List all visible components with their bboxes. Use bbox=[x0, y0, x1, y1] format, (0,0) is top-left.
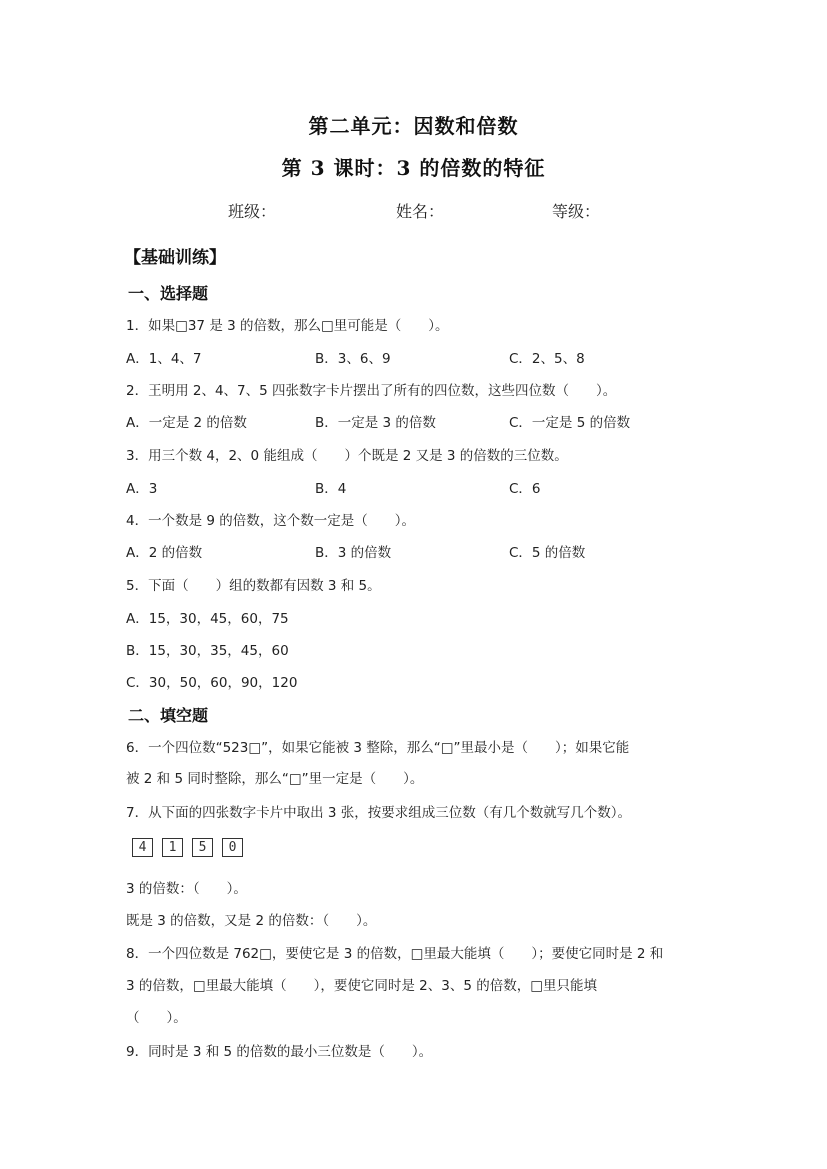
question-8-line-1: 8．一个四位数是 762□，要使它是 3 的倍数，□里最大能填（ ）；要使它同时… bbox=[126, 942, 663, 962]
question-6-line-1: 6．一个四位数“523□”，如果它能被 3 整除，那么“□”里最小是（ ）；如果… bbox=[126, 736, 629, 756]
lesson-title: 第 3 课时：3 的倍数的特征 bbox=[0, 152, 827, 181]
question-5: 5．下面（ ）组的数都有因数 3 和 5。 bbox=[126, 574, 381, 594]
q2-option-b: B．一定是 3 的倍数 bbox=[315, 411, 436, 431]
digit-card-0: 0 bbox=[222, 838, 243, 857]
class-label: 班级： bbox=[228, 199, 276, 222]
digit-card-1: 1 bbox=[162, 838, 183, 857]
question-7-sub-1: 3 的倍数：（ ）。 bbox=[126, 877, 247, 897]
question-8-line-2: 3 的倍数，□里最大能填（ ），要使它同时是 2、3、5 的倍数，□里只能填 bbox=[126, 974, 597, 994]
section-basic-training: 【基础训练】 bbox=[124, 243, 226, 268]
question-1: 1．如果□37 是 3 的倍数，那么□里可能是（ ）。 bbox=[126, 314, 449, 334]
q4-option-b: B．3 的倍数 bbox=[315, 541, 391, 561]
part2-heading: 二、填空题 bbox=[128, 703, 208, 726]
q1-option-b: B．3、6、9 bbox=[315, 347, 391, 367]
q3-option-a: A．3 bbox=[126, 477, 157, 497]
q4-option-c: C．5 的倍数 bbox=[509, 541, 585, 561]
q3-option-b: B．4 bbox=[315, 477, 346, 497]
q5-option-b: B．15，30，35，45，60 bbox=[126, 639, 289, 659]
digit-cards: 4 1 5 0 bbox=[132, 838, 243, 857]
question-6-line-2: 被 2 和 5 同时整除，那么“□”里一定是（ ）。 bbox=[126, 767, 423, 787]
q2-option-c: C．一定是 5 的倍数 bbox=[509, 411, 630, 431]
question-4: 4．一个数是 9 的倍数，这个数一定是（ ）。 bbox=[126, 509, 415, 529]
digit-card-5: 5 bbox=[192, 838, 213, 857]
unit-title: 第二单元：因数和倍数 bbox=[0, 110, 827, 139]
q4-option-a: A．2 的倍数 bbox=[126, 541, 202, 561]
worksheet-page: 第二单元：因数和倍数 第 3 课时：3 的倍数的特征 班级： 姓名： 等级： 【… bbox=[0, 0, 827, 1169]
q3-option-c: C．6 bbox=[509, 477, 541, 497]
q1-option-a: A．1、4、7 bbox=[126, 347, 202, 367]
question-2: 2．王明用 2、4、7、5 四张数字卡片摆出了所有的四位数，这些四位数（ ）。 bbox=[126, 379, 616, 399]
question-9: 9．同时是 3 和 5 的倍数的最小三位数是（ ）。 bbox=[126, 1040, 432, 1060]
digit-card-4: 4 bbox=[132, 838, 153, 857]
q2-option-a: A．一定是 2 的倍数 bbox=[126, 411, 247, 431]
q5-option-c: C．30，50，60，90，120 bbox=[126, 671, 297, 691]
question-3: 3．用三个数 4，2、0 能组成（ ）个既是 2 又是 3 的倍数的三位数。 bbox=[126, 444, 568, 464]
question-7-line-1: 7．从下面的四张数字卡片中取出 3 张，按要求组成三位数（有几个数就写几个数）。 bbox=[126, 801, 631, 821]
grade-label: 等级： bbox=[552, 199, 600, 222]
name-label: 姓名： bbox=[396, 199, 444, 222]
q1-option-c: C．2、5、8 bbox=[509, 347, 585, 367]
question-8-line-3: （ ）。 bbox=[126, 1006, 187, 1026]
question-7-sub-2: 既是 3 的倍数，又是 2 的倍数：（ ）。 bbox=[126, 909, 376, 929]
q5-option-a: A．15，30，45，60，75 bbox=[126, 607, 289, 627]
part1-heading: 一、选择题 bbox=[128, 281, 208, 304]
